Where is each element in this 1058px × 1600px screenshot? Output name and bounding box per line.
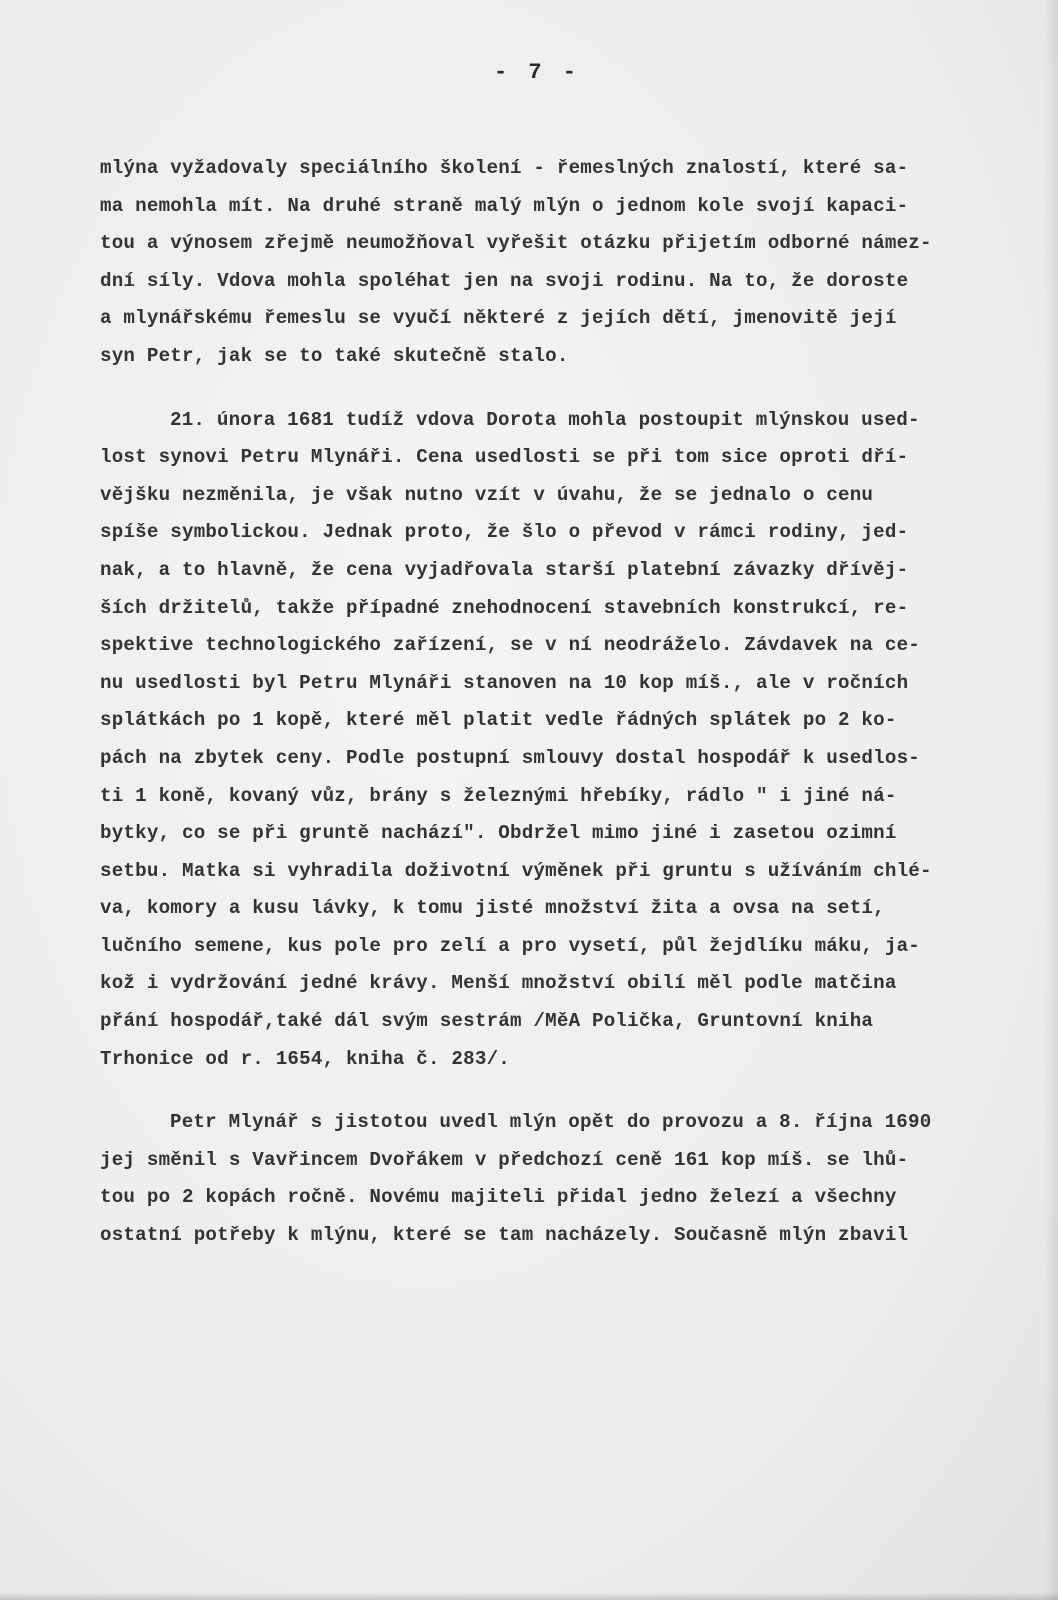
text-line: a mlynářskému řemeslu se vyučí některé z… (100, 300, 1040, 338)
text-line: spíše symbolickou. Jednak proto, že šlo … (100, 514, 1040, 552)
text-line: ších držitelů, takže případné znehodnoce… (100, 590, 1040, 628)
text-line: ma nemohla mít. Na druhé straně malý mlý… (100, 188, 1040, 226)
text-line: přání hospodář,také dál svým sestrám /Mě… (100, 1003, 1040, 1041)
text-line: mlýna vyžadovaly speciálního školení - ř… (100, 150, 1040, 188)
text-line: lost synovi Petru Mlynáři. Cena usedlost… (100, 439, 1040, 477)
page-number: - 7 - (0, 60, 1058, 85)
paragraph-gap (100, 1078, 1040, 1104)
text-line: setbu. Matka si vyhradila doživotní výmě… (100, 853, 1040, 891)
text-line: lučního semene, kus pole pro zelí a pro … (100, 928, 1040, 966)
text-line: Petr Mlynář s jistotou uvedl mlýn opět d… (100, 1104, 1040, 1142)
paragraph: mlýna vyžadovaly speciálního školení - ř… (100, 150, 1040, 376)
text-line: nu usedlosti byl Petru Mlynáři stanoven … (100, 665, 1040, 703)
text-line: 21. února 1681 tudíž vdova Dorota mohla … (100, 402, 1040, 440)
text-line: ti 1 koně, kovaný vůz, brány s železnými… (100, 778, 1040, 816)
text-line: tou a výnosem zřejmě neumožňoval vyřešit… (100, 225, 1040, 263)
text-line: pách na zbytek ceny. Podle postupní smlo… (100, 740, 1040, 778)
text-line: spektive technologického zařízení, se v … (100, 627, 1040, 665)
text-line: Trhonice od r. 1654, kniha č. 283/. (100, 1041, 1040, 1079)
text-line: nak, a to hlavně, že cena vyjadřovala st… (100, 552, 1040, 590)
text-line: syn Petr, jak se to také skutečně stalo. (100, 338, 1040, 376)
document-page: - 7 - mlýna vyžadovaly speciálního škole… (0, 0, 1058, 1600)
text-line: tou po 2 kopách ročně. Novému majiteli p… (100, 1179, 1040, 1217)
page-edge-shadow (1044, 0, 1058, 1600)
text-line: jej směnil s Vavřincem Dvořákem v předch… (100, 1142, 1040, 1180)
text-line: kož i vydržování jedné krávy. Menší množ… (100, 965, 1040, 1003)
page-bottom-edge (0, 1592, 1058, 1600)
text-line: dní síly. Vdova mohla spoléhat jen na sv… (100, 263, 1040, 301)
text-line: ostatní potřeby k mlýnu, které se tam na… (100, 1217, 1040, 1255)
paragraph-gap (100, 376, 1040, 402)
text-line: bytky, co se při gruntě nachází". Obdrže… (100, 815, 1040, 853)
text-line: splátkách po 1 kopě, které měl platit ve… (100, 702, 1040, 740)
paragraph: 21. února 1681 tudíž vdova Dorota mohla … (100, 402, 1040, 1079)
paragraph: Petr Mlynář s jistotou uvedl mlýn opět d… (100, 1104, 1040, 1254)
text-line: va, komory a kusu lávky, k tomu jisté mn… (100, 890, 1040, 928)
body-text: mlýna vyžadovaly speciálního školení - ř… (100, 150, 1040, 1255)
text-line: vějšku nezměnila, je však nutno vzít v ú… (100, 477, 1040, 515)
